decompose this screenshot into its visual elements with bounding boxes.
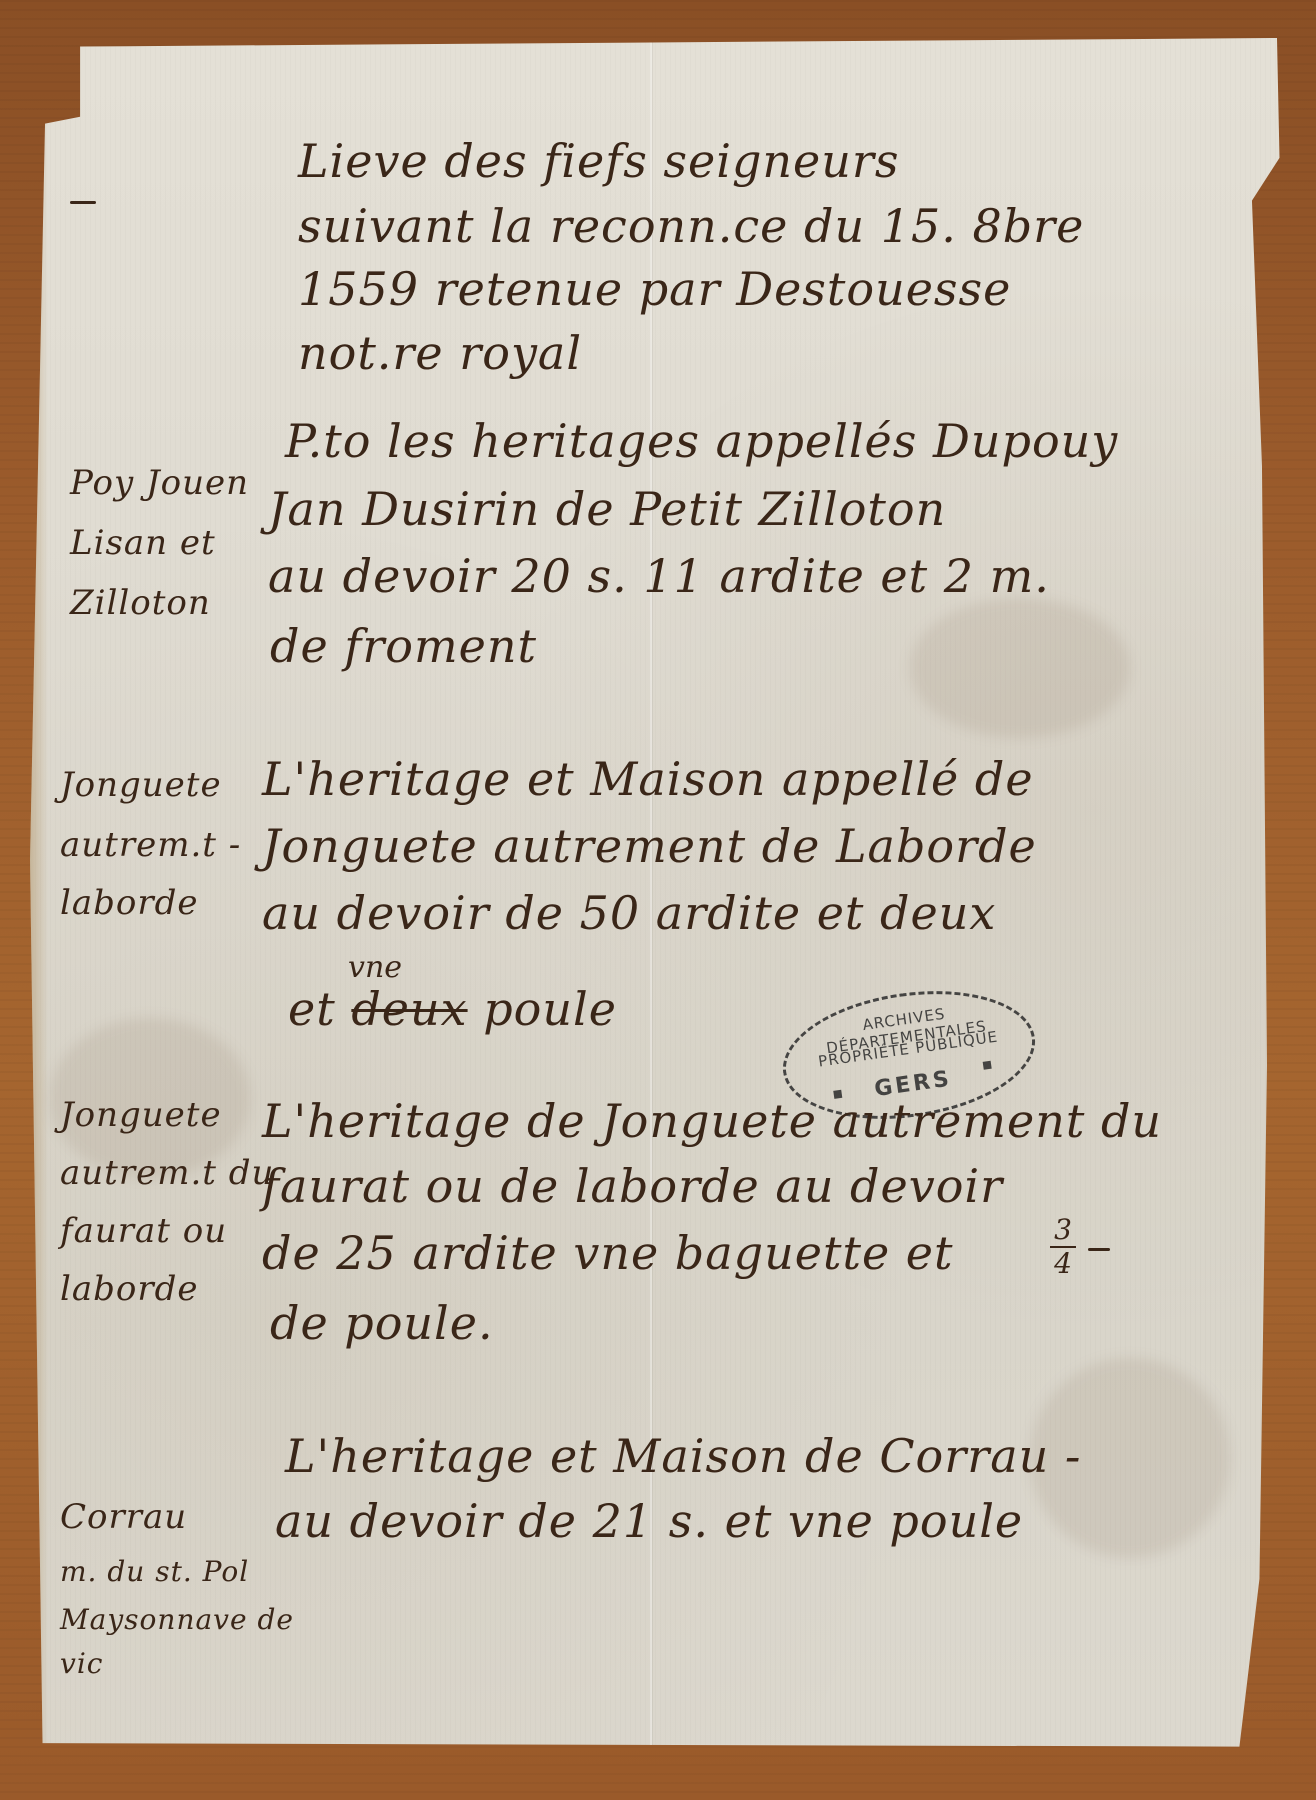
entry-2-margin-line-2: autrem.t - bbox=[60, 828, 241, 862]
entry-4-line-2: au devoir de 21 s. et vne poule bbox=[275, 1498, 1023, 1544]
entry-3-line-1: L'heritage de Jonguete autrement du bbox=[262, 1098, 1162, 1144]
entry-2-insertion: vne bbox=[348, 950, 402, 985]
entry-1-line-3: au devoir 20 s. 11 ardite et 2 m. bbox=[268, 553, 1050, 599]
line-end-dash bbox=[1088, 1248, 1110, 1251]
entry-2-margin-line-3: laborde bbox=[60, 886, 199, 920]
entry-2-line-4: et deux poule bbox=[288, 986, 617, 1032]
entry-1-line-2: Jan Dusirin de Petit Zilloton bbox=[268, 486, 946, 532]
entry-2-final-word: poule bbox=[468, 982, 617, 1036]
entry-2-line-3: au devoir de 50 ardite et deux bbox=[262, 890, 996, 936]
entry-4-line-1: L'heritage et Maison de Corrau - bbox=[285, 1433, 1081, 1479]
paper-edge-stain bbox=[30, 38, 48, 1750]
fraction-denominator: 4 bbox=[1054, 1247, 1072, 1280]
entry-1-line-1: P.to les heritages appellés Dupouy bbox=[285, 418, 1118, 464]
stamp-square-right-icon bbox=[983, 1061, 992, 1070]
heading-line-2: suivant la reconn.ce du 15. 8bre bbox=[298, 203, 1084, 249]
entry-2-struck-word: deux bbox=[351, 982, 467, 1036]
fraction-numerator: 3 bbox=[1054, 1213, 1072, 1246]
water-stain bbox=[910, 598, 1130, 738]
entry-3-line-2: faurat ou de laborde au devoir bbox=[262, 1163, 1003, 1209]
entry-1-margin-line-1: Poy Jouen bbox=[70, 466, 249, 500]
heading-line-4: not.re royal bbox=[298, 330, 582, 376]
entry-3-margin-line-3: faurat ou bbox=[60, 1214, 227, 1248]
entry-1-margin-line-3: Zilloton bbox=[70, 586, 211, 620]
entry-4-margin-line-3: Maysonnave de bbox=[60, 1606, 294, 1634]
entry-1-margin-line-2: Lisan et bbox=[70, 526, 216, 560]
three-quarters-fraction: 3 4 bbox=[1050, 1216, 1076, 1278]
entry-4-margin-line-4: vic bbox=[60, 1650, 103, 1678]
entry-4-margin-line-2: m. du st. Pol bbox=[60, 1558, 249, 1586]
entry-1-line-4: de froment bbox=[270, 623, 537, 669]
entry-3-line-3: de 25 ardite vne baguette et bbox=[262, 1230, 954, 1276]
heading-line-1: Lieve des fiefs seigneurs bbox=[298, 138, 899, 184]
entry-2-line-1: L'heritage et Maison appellé de bbox=[262, 756, 1034, 802]
entry-3-margin-line-1: Jonguete bbox=[60, 1098, 222, 1132]
entry-2-margin-line-1: Jonguete bbox=[60, 768, 222, 802]
heading-line-3: 1559 retenue par Destouesse bbox=[298, 266, 1011, 312]
entry-2-line-2: Jonguete autrement de Laborde bbox=[262, 823, 1037, 869]
entry-4-margin-line-1: Corrau bbox=[60, 1500, 187, 1534]
entry-3-margin-line-2: autrem.t du bbox=[60, 1156, 274, 1190]
margin-dash bbox=[70, 201, 96, 204]
entry-3-margin-line-4: laborde bbox=[60, 1272, 199, 1306]
entry-3-line-4: de poule. bbox=[270, 1300, 494, 1346]
manuscript-page: Lieve des fiefs seigneurs suivant la rec… bbox=[30, 38, 1282, 1750]
entry-2-conjunction: et bbox=[288, 982, 351, 1036]
